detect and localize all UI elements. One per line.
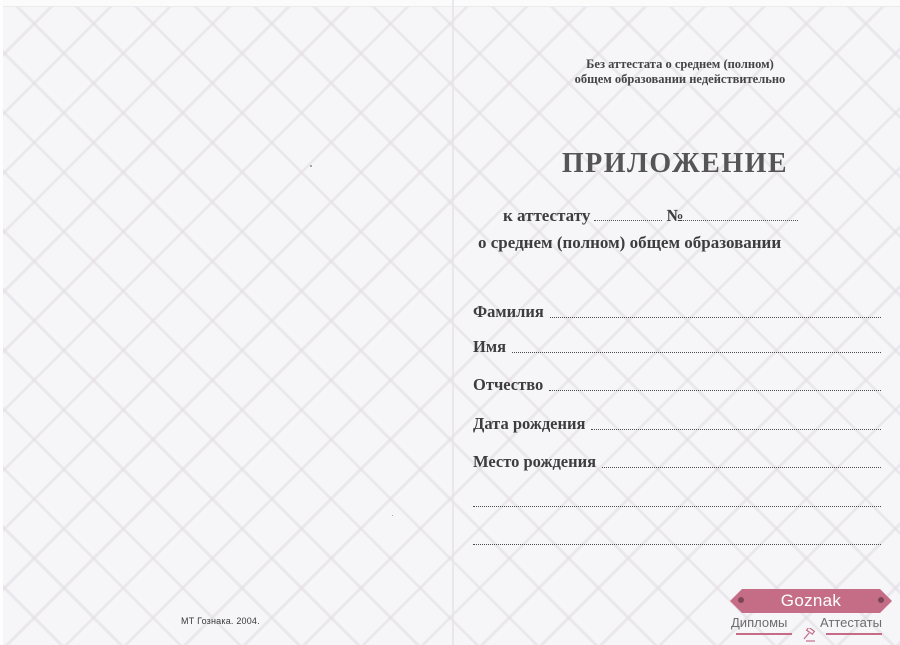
field-birth-place[interactable]: Место рождения: [473, 450, 881, 472]
page-left-edge: [0, 0, 3, 645]
birth-place-continuation-line-1[interactable]: [473, 506, 881, 507]
notice-line-1: Без аттестата о среднем (полном): [520, 57, 840, 72]
field-patronymic[interactable]: Отчество: [473, 373, 881, 395]
reference-prefix: к аттестату: [503, 206, 590, 225]
validity-notice: Без аттестата о среднем (полном) общем о…: [520, 57, 840, 87]
gavel-icon: [801, 628, 817, 642]
goznak-watermark: Goznak Дипломы Аттестаты: [726, 588, 896, 645]
field-label: Фамилия: [473, 302, 550, 322]
reference-subtitle: о среднем (полном) общем образовании: [478, 233, 858, 253]
watermark-banner: Goznak: [730, 589, 892, 613]
document-spread: Без аттестата о среднем (полном) общем о…: [0, 0, 900, 645]
number-blank[interactable]: [683, 206, 798, 221]
page-top-edge: [0, 0, 900, 7]
field-line[interactable]: [549, 390, 881, 391]
field-label: Имя: [473, 337, 512, 357]
watermark-brand: Goznak: [781, 591, 841, 611]
field-birth-date[interactable]: Дата рождения: [473, 412, 881, 434]
certificate-reference: к аттестату№: [503, 206, 833, 230]
watermark-rule: [736, 633, 792, 635]
paper-speck: [310, 165, 312, 167]
field-label: Место рождения: [473, 452, 602, 472]
page-title: ПРИЛОЖЕНИЕ: [470, 148, 880, 180]
notice-line-2: общем образовании недействительно: [520, 72, 840, 87]
banner-dot-icon: [878, 597, 884, 603]
field-first-name[interactable]: Имя: [473, 335, 881, 357]
field-label: Дата рождения: [473, 414, 591, 434]
field-line[interactable]: [602, 467, 881, 468]
watermark-rule: [826, 633, 882, 635]
series-blank[interactable]: [594, 206, 662, 221]
birth-place-continuation-line-2[interactable]: [473, 544, 881, 545]
watermark-caption-diplomas: Дипломы: [731, 615, 787, 630]
field-line[interactable]: [512, 352, 881, 353]
number-sign: №: [666, 206, 683, 225]
page-fold: [452, 0, 454, 645]
watermark-caption-certificates: Аттестаты: [820, 615, 882, 630]
printer-imprint: МТ Гознака. 2004.: [181, 616, 260, 626]
paper-speck: [392, 515, 393, 516]
field-line[interactable]: [591, 429, 881, 430]
field-line[interactable]: [550, 317, 881, 318]
field-label: Отчество: [473, 375, 549, 395]
banner-dot-icon: [738, 597, 744, 603]
field-surname[interactable]: Фамилия: [473, 300, 881, 322]
